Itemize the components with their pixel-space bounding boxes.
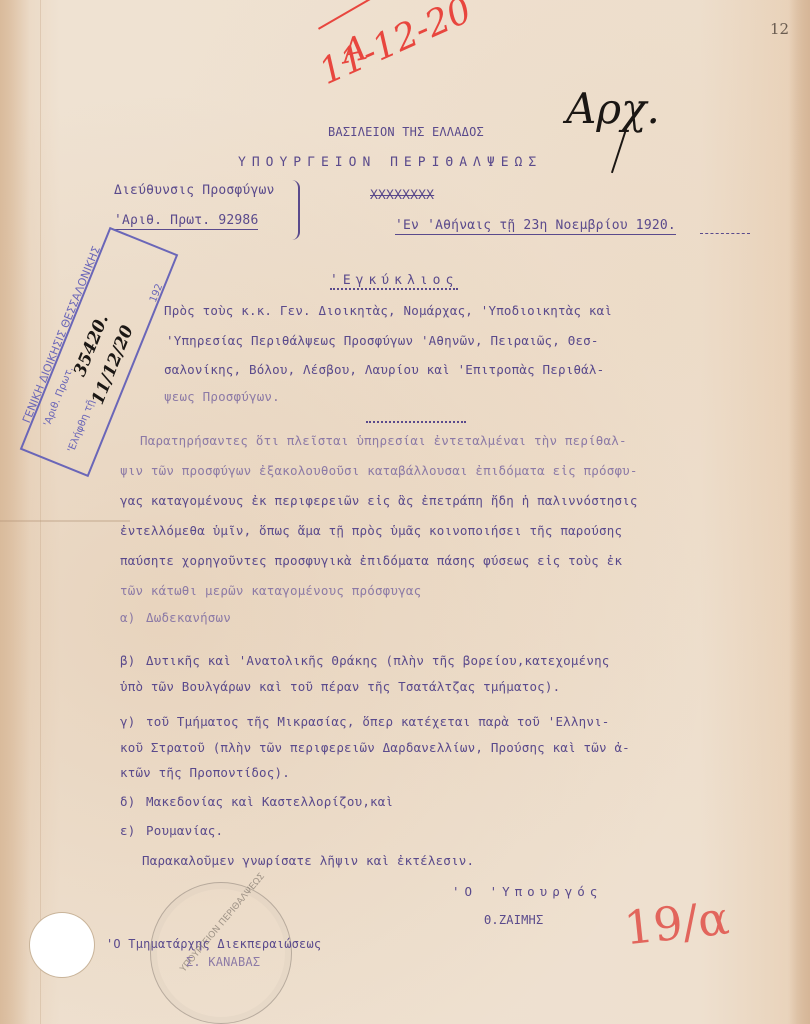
ministry-round-stamp — [150, 882, 292, 1024]
handwritten-stroke — [611, 129, 627, 173]
red-annotation-date: 11-12-20 — [313, 0, 477, 93]
item-label: δ) — [120, 794, 135, 809]
body-line: ψιν τῶν προσφύγων ἐξακολουθοῦσι καταβάλλ… — [120, 463, 638, 478]
signatory-name: Θ.ΖΑΙΜΗΣ — [484, 913, 543, 927]
body-line: γας καταγομένους ἐκ περιφερειῶν εἰς ἃς ἐ… — [120, 493, 638, 508]
kingdom-heading: ΒΑΣΙΛΕΙΟΝ ΤΗΣ ΕΛΛΑΔΟΣ — [328, 125, 484, 139]
item-label: ε) — [120, 823, 135, 838]
department-label: Διεύθυνσις Προσφύγων — [114, 183, 275, 198]
item-text: κτῶν τῆς Προποντίδος). — [120, 765, 290, 780]
item-text: Δωδεκανήσων — [146, 610, 231, 625]
addressee-line: ψεως Προσφύγων. — [164, 389, 280, 404]
paper-edge-left — [0, 0, 30, 1024]
closing-line: Παρακαλοῦμεν γνωρίσατε λῆψιν καὶ ἐκτέλεσ… — [142, 853, 474, 868]
signatory-title: 'Ο 'Υπουργός — [452, 884, 602, 899]
addressee-line: Πρὸς τοὺς κ.κ. Γεν. Διοικητὰς, Νομάρχας,… — [164, 303, 612, 318]
item-text: Δυτικῆς καὶ 'Ανατολικῆς Θράκης (πλὴν τῆς… — [146, 653, 610, 668]
countersign-title: 'Ο Τμηματάρχης Διεκπεραιώσεως — [106, 937, 321, 951]
body-line: παύσητε χορηγοῦντες προσφυγικὰ ἐπιδόματα… — [120, 553, 622, 568]
addressee-line: σαλονίκης, Βόλου, Λέσβου, Λαυρίου καὶ 'Ε… — [164, 362, 604, 377]
item-text: Ρουμανίας. — [146, 823, 223, 838]
countersign-name: Σ. ΚΑΝΑΒΑΣ — [186, 955, 260, 969]
page-number: 12 — [770, 20, 789, 38]
section-divider — [366, 421, 466, 423]
paper-crease — [0, 520, 130, 522]
item-text: ὑπὸ τῶν Βουλγάρων καὶ τοῦ πέραν τῆς Τσατ… — [120, 679, 560, 694]
ministry-heading: ΥΠΟΥΡΓΕΙΟΝ ΠΕΡΙΘΑΛΨΕΩΣ — [238, 155, 542, 170]
paper-fold — [40, 0, 41, 1024]
item-text: Μακεδονίας καὶ Καστελλορίζου,καὶ — [146, 794, 393, 809]
place-and-date: 'Εν 'Αθήναις τῇ 23η Νοεμβρίου 1920. — [395, 218, 676, 235]
struck-out-text: ΧΧΧΧΧΧΧΧ — [370, 188, 434, 203]
item-text: κοῦ Στρατοῦ (πλὴν τῶν περιφερειῶν Δαρδαν… — [120, 740, 630, 755]
red-annotation-folio: 19/α — [621, 891, 731, 956]
handwritten-archive-note: Αρχ. — [566, 84, 660, 133]
item-label: β) — [120, 653, 135, 668]
body-line: τῶν κάτωθι μερῶν καταγομένους πρόσφυγας — [120, 583, 421, 598]
body-line: Παρατηρήσαντες ὅτι πλεῖσται ὑπηρεσίαι ἐν… — [140, 433, 627, 448]
date-trailing-dash — [700, 233, 750, 234]
punch-hole — [30, 913, 94, 977]
item-label: α) — [120, 610, 135, 625]
body-line: ἐντελλόμεθα ὑμῖν, ὅπως ἅμα τῇ πρὸς ὑμᾶς … — [120, 523, 622, 538]
document-page: 12 A 11-12-20 Αρχ. ΒΑΣΙΛΕΙΟΝ ΤΗΣ ΕΛΛΑΔΟΣ… — [0, 0, 810, 1024]
item-text: τοῦ Τμήματος τῆς Μικρασίας, ὅπερ κατέχετ… — [146, 714, 610, 729]
protocol-number: 'Αριθ. Πρωτ. 92986 — [114, 213, 258, 230]
paper-edge-right — [788, 0, 810, 1024]
item-label: γ) — [120, 714, 135, 729]
circular-title: 'Εγκύκλιος — [330, 273, 458, 290]
addressee-line: 'Υπηρεσίας Περιθάλψεως Προσφύγων 'Αθηνῶν… — [166, 333, 599, 348]
header-brace — [288, 180, 300, 240]
